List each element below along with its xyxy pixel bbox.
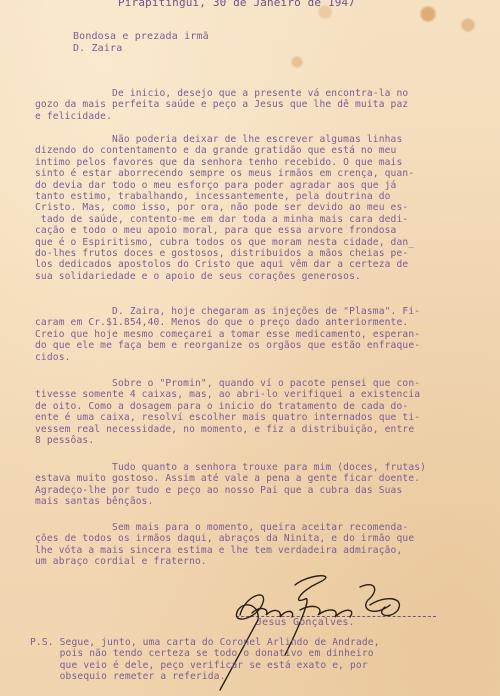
- letter-dateline: Pirapitingui, 30 de Janeiro de 1947: [118, 0, 355, 8]
- paragraph-gifts: Tudo quanto a senhora trouxe para mim (d…: [35, 462, 426, 508]
- line: estava muito gostoso. Assim até vale a p…: [35, 473, 420, 484]
- line: cidos.: [35, 352, 71, 363]
- paragraph-greeting: De inicio, desejo que a presente vá enco…: [35, 88, 408, 122]
- line: e felicidade.: [35, 111, 112, 122]
- salutation-line: Bondosa e prezada irmã: [73, 31, 209, 42]
- paragraph-plasma: D. Zaira, hoje chegaram as injeções de "…: [35, 306, 420, 363]
- line: que veio é dele, peço verificar se está …: [30, 660, 368, 671]
- line: Não poderia deixar de lhe escrever algum…: [35, 134, 402, 145]
- line: de oito. Como a dosagem para o inicio do…: [35, 401, 408, 412]
- line: pois não tendo certeza se todo o donativ…: [30, 648, 374, 659]
- letter-salutation: Bondosa e prezada irmã D. Zaira: [73, 31, 209, 55]
- line: Sobre o "Promin", quando ví o pacote pen…: [35, 378, 420, 389]
- line: los dedicados apostolos do Cristo que aq…: [35, 259, 408, 270]
- line: Cristo. Mas, como isso, por ora, não pod…: [35, 202, 408, 213]
- line: Creio que hoje mesmo começarei a tomar e…: [35, 329, 420, 340]
- line: Agradeço-lhe por tudo e peço ao nosso Pa…: [35, 485, 402, 496]
- line: dizendo do contentamento e da grande gra…: [35, 145, 396, 156]
- line: cação e todo o meu apoio moral, para que…: [35, 225, 396, 236]
- salutation-name: D. Zaira: [73, 43, 122, 54]
- line: gozo da mais perfeita saúde e peço a Jes…: [35, 99, 408, 110]
- line: obsequio remeter a referida.: [30, 671, 226, 682]
- line: que é o Espiritismo, cubra todos os que …: [35, 237, 414, 248]
- signature-name: Jesus Gonçalves.: [256, 617, 355, 628]
- line: do-lhes frutos doces e gostosos, distrib…: [35, 248, 408, 259]
- line: tanto estimo, trabalhando, incessantemen…: [35, 191, 391, 202]
- line: caram em Cr.$1.854,40. Menos do que o pr…: [35, 317, 408, 328]
- paragraph-promin: Sobre o "Promin", quando ví o pacote pen…: [35, 378, 420, 446]
- line: sinto é estar aborrecendo sempre os meus…: [35, 168, 414, 179]
- line: D. Zaira, hoje chegaram as injeções de "…: [35, 306, 420, 317]
- line: P.S. Segue, junto, uma carta do Coronel …: [30, 637, 380, 648]
- line: De inicio, desejo que a presente vá enco…: [35, 88, 408, 99]
- line: do devia dar todo o meu esforço para pod…: [35, 180, 396, 191]
- line: Tudo quanto a senhora trouxe para mim (d…: [35, 462, 426, 473]
- line: sua solidariedade e o apoio de seus cora…: [35, 271, 361, 282]
- line: do que ele me faça bem e reorganize os o…: [35, 340, 420, 351]
- paragraph-closing: Sem mais para o momento, queira aceitar …: [35, 522, 414, 568]
- postscript: P.S. Segue, junto, uma carta do Coronel …: [30, 637, 380, 683]
- line: um abraço cordial e fraterno.: [35, 556, 207, 567]
- line: ções de todos os irmãos daqui, abraços d…: [35, 533, 414, 544]
- line: tivesse somente 4 caixas, mas, ao abri-l…: [35, 389, 420, 400]
- line: 8 pessôas.: [35, 435, 94, 446]
- line: Sem mais para o momento, queira aceitar …: [35, 522, 408, 533]
- line: vessem real necessidade, no momento, e f…: [35, 424, 414, 435]
- line: intimo pelos favores que da senhora tenh…: [35, 157, 402, 168]
- paragraph-gratitude: Não poderia deixar de lhe escrever algum…: [35, 134, 414, 282]
- line: tado de saúde, contento-me em dar toda a…: [35, 214, 408, 225]
- line: lhe vóta a mais sincera estima e lhe tem…: [35, 545, 402, 556]
- line: mais santas bênçãos.: [35, 496, 154, 507]
- line: ente é uma caixa, resolví escolher mais …: [35, 412, 420, 423]
